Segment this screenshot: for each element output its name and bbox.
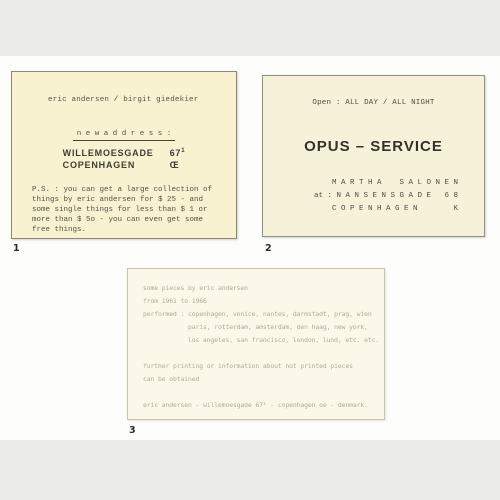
card-1-city: COPENHAGEN [63,160,154,170]
gray-band-top [0,0,500,56]
card-2-open-hours: Open : ALL DAY / ALL NIGHT [263,99,484,107]
figure-label-2: 2 [265,243,272,254]
card-2-contact-block: M A R T H A S A L O N E N at : N A N S E… [314,177,458,216]
card-2-opus-service: Open : ALL DAY / ALL NIGHT OPUS – SERVIC… [262,75,485,237]
card-1-street-number: 671 [170,148,186,158]
figure-label-3: 3 [129,425,136,436]
card-1-new-address-heading-wrap: n e w a d d r e s s : [12,122,236,141]
figure-label-1: 1 [13,243,20,254]
card-3-text: some pieces by eric andersen from 1961 t… [143,282,378,412]
card-1-address-block: WILLEMOESGADE 671 COPENHAGEN Œ [12,148,236,170]
card-1-district: Œ [170,160,186,170]
card-1-header: eric andersen / birgit giedekier [48,96,198,104]
card-3-pieces-info: some pieces by eric andersen from 1961 t… [127,268,385,420]
card-1-new-address-heading: n e w a d d r e s s : [73,130,176,141]
card-1-street-number-sup: 1 [181,148,185,154]
card-1-street: WILLEMOESGADE [63,148,154,158]
card-1-new-address: eric andersen / birgit giedekier n e w a… [11,71,237,239]
card-1-ps-note: P.S. : you can get a large collection of… [32,185,212,235]
scanned-page: eric andersen / birgit giedekier n e w a… [0,0,500,500]
gray-band-bottom [0,440,500,500]
card-2-title: OPUS – SERVICE [263,138,484,155]
